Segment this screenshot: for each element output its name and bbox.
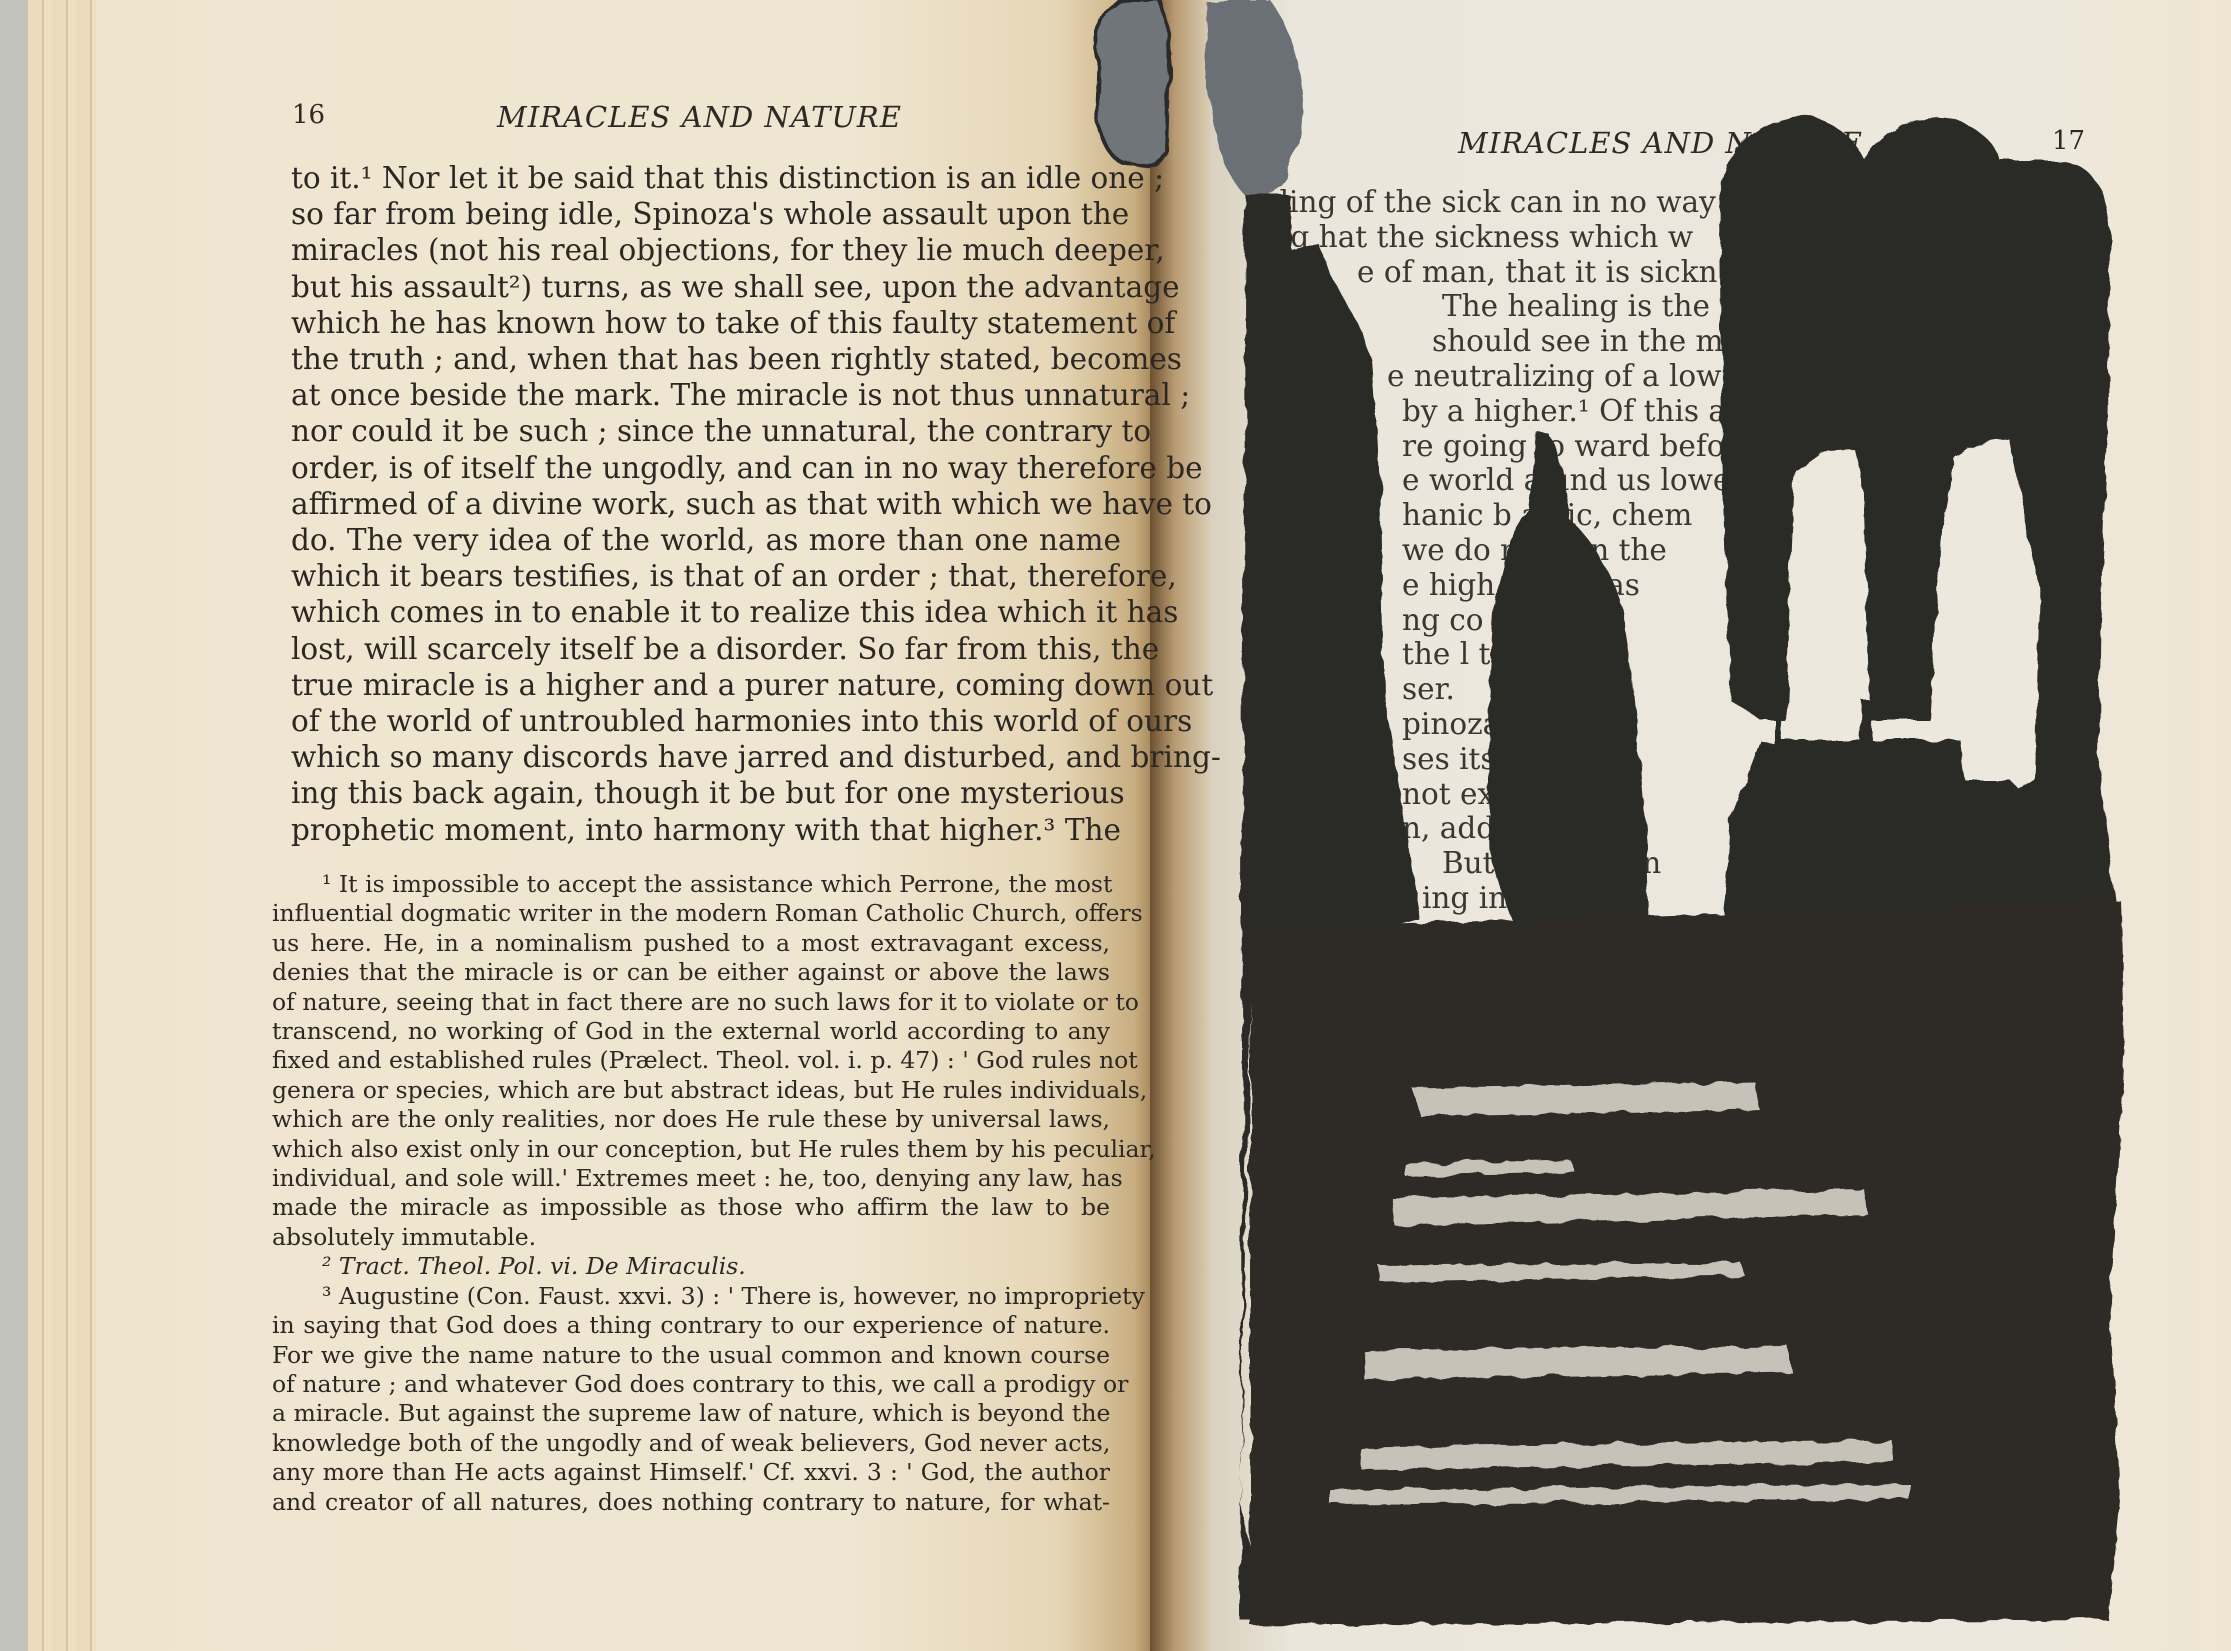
body-line: The healing is the r [1262,289,1765,324]
body-line: which comes in to enable it to realize t… [291,594,1121,630]
body-line: so far from being idle, Spinoza's whole … [291,196,1121,232]
body-line: hanic b amic, chem [1262,498,1765,533]
footnote-line: a miracle. But against the supreme law o… [272,1399,1110,1428]
body-line: affirmed of a divine work, such as that … [291,486,1121,522]
footnote-line: knowledge both of the ungodly and of wea… [272,1429,1110,1458]
page-number-right: 17 [2052,126,2085,156]
page-edges [28,0,98,1651]
footnote-line: denies that the miracle is or can be eit… [272,958,1110,987]
footnote-line: us here. He, in a nominalism pushed to a… [272,929,1110,958]
body-line: but his assault²) turns, as we shall see… [291,269,1121,305]
footnote-line: which are the only realities, nor does H… [272,1105,1110,1134]
running-head-right: MIRACLES AND NATURE [1458,126,1863,160]
body-line: n, add hich do [1262,811,1765,846]
body-line: the l ter fre [1262,637,1765,672]
body-line: pinoza t nothi [1262,707,1765,742]
footnote-line: in saying that God does a thing contrary… [272,1311,1110,1340]
body-line: lost, will scarcely itself be a disorder… [291,631,1121,667]
footnote-line: ² Tract. Theol. Pol. vi. De Miraculis. [272,1252,1110,1281]
footnote-line: individual, and sole will.' Extremes mee… [272,1164,1110,1193]
body-line: by a higher.¹ Of this abu [1262,394,1765,429]
footnote-line: of nature, seeing that in fact there are… [272,988,1110,1017]
body-line: which it bears testifies, is that of an … [291,558,1121,594]
footnote-line: and creator of all natures, does nothing… [272,1488,1110,1517]
footnote-line: ³ Augustine (Con. Faust. xxvi. 3) : ' Th… [272,1282,1110,1311]
body-line: ing this back again, though it be but fo… [291,775,1121,811]
left-body-text: to it.¹ Nor let it be said that this dis… [291,160,1121,848]
right-body-text: aling of the sick can in no way ing hat … [1262,185,1765,916]
footnote-line: fixed and established rules (Prælect. Th… [272,1046,1110,1075]
body-line: But a experien [1262,846,1765,881]
body-line: e world a und us lower [1262,463,1765,498]
body-line: to it.¹ Nor let it be said that this dis… [291,160,1121,196]
footnote-line: any more than He acts against Himself.' … [272,1458,1110,1487]
body-line: ses its ws, he [1262,742,1765,777]
body-line: ing hat the sickness which w [1262,220,1765,255]
body-line: we do n when the [1262,533,1765,568]
footnote-line: which also exist only in our conception,… [272,1135,1110,1164]
footnote-line: genera or species, which are but abstrac… [272,1076,1110,1105]
page-number-left: 16 [292,100,325,130]
body-line: ser. [1262,672,1765,707]
body-line: at once beside the mark. The miracle is … [291,377,1121,413]
body-line: the truth ; and, when that has been righ… [291,341,1121,377]
body-line: prophetic moment, into harmony with that… [291,812,1121,848]
body-line: true miracle is a higher and a purer nat… [291,667,1121,703]
footnote-line: absolutely immutable. [272,1223,1110,1252]
book-spread: 16 MIRACLES AND NATURE to it.¹ Nor let i… [0,0,2231,1651]
body-line: do. The very idea of the world, as more … [291,522,1121,558]
body-line: e of man, that it is sickn [1262,255,1765,290]
body-line: e high here was [1262,568,1765,603]
body-line: ing in ou [1262,881,1765,916]
body-line: miracles (not his real objections, for t… [291,232,1121,268]
footnote-line: For we give the name nature to the usual… [272,1341,1110,1370]
body-line: of the world of untroubled harmonies int… [291,703,1121,739]
body-line: ng co ature c [1262,603,1765,638]
body-line: nor could it be such ; since the unnatur… [291,413,1121,449]
footnote-line: ¹ It is impossible to accept the assista… [272,870,1110,899]
body-line: not ex miracle, [1262,777,1765,812]
left-footnotes: ¹ It is impossible to accept the assista… [272,870,1110,1517]
body-line: e neutralizing of a lowe [1262,359,1765,394]
background-surface [0,0,28,1651]
body-line: order, is of itself the ungodly, and can… [291,450,1121,486]
body-line: re going fo ward before [1262,429,1765,464]
footnote-line: transcend, no working of God in the exte… [272,1017,1110,1046]
footnote-line: made the miracle as impossible as those … [272,1193,1110,1222]
footnote-line: of nature ; and whatever God does contra… [272,1370,1110,1399]
body-line: should see in the mira [1262,324,1765,359]
running-head-left: MIRACLES AND NATURE [497,100,902,134]
body-line: which he has known how to take of this f… [291,305,1121,341]
footnote-line: influential dogmatic writer in the moder… [272,899,1110,928]
body-line: aling of the sick can in no way [1262,185,1765,220]
body-line: which so many discords have jarred and d… [291,739,1121,775]
